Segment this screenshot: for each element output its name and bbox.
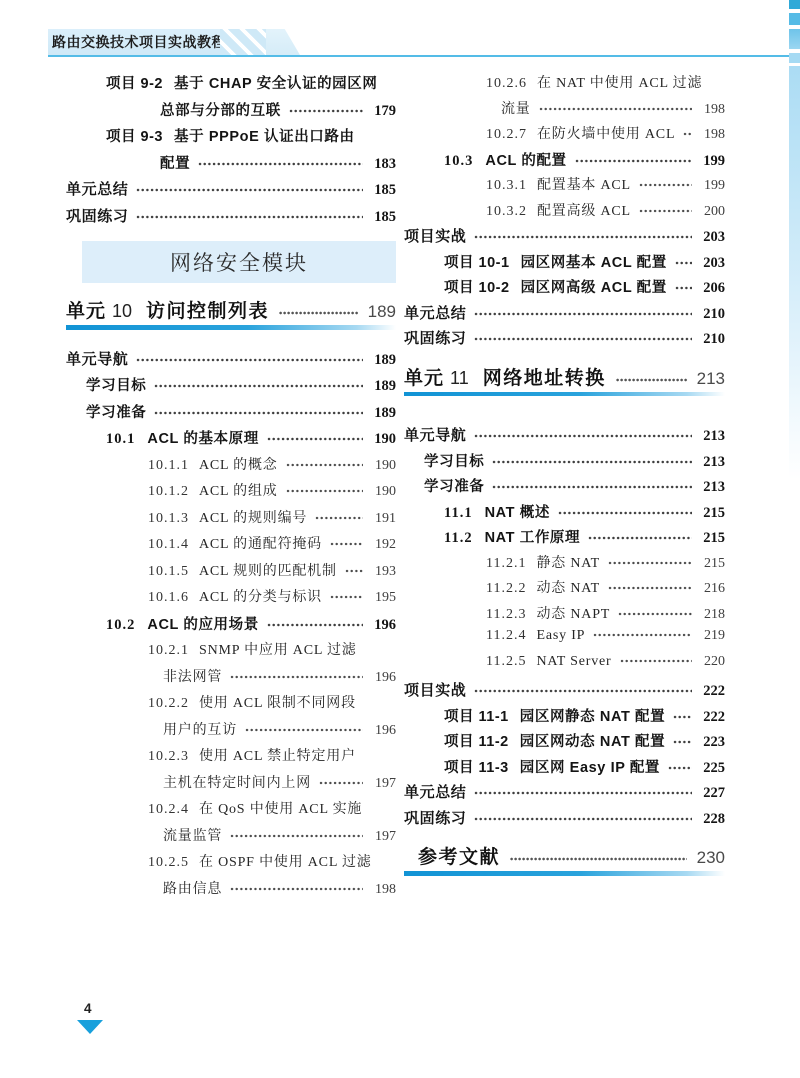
dot-leader — [245, 724, 363, 734]
toc-entry: 10.2.2使用 ACL 限制不同网段 — [66, 692, 396, 719]
toc-entry: 巩固练习228 — [404, 807, 725, 833]
dot-leader — [675, 257, 692, 267]
page-number: 210 — [697, 306, 725, 323]
dot-leader — [330, 538, 363, 548]
page-number: 197 — [368, 829, 396, 845]
unit-title: 参考文献 — [418, 842, 500, 869]
entry-label: 11.1 — [444, 505, 473, 522]
module-band-title: 网络安全模块 — [170, 247, 308, 277]
page-number: 198 — [697, 127, 725, 143]
entry-text: 配置 — [160, 152, 190, 173]
page-number: 215 — [697, 505, 725, 522]
entry-label: 10.1.2 — [148, 484, 189, 500]
toc-entry: 10.2.4在 QoS 中使用 ACL 实施 — [66, 798, 396, 825]
page-edge-strip-fade — [789, 66, 800, 480]
toc-entry: 项目 9-3基于 PPPoE 认证出口路由 — [66, 125, 396, 152]
toc-entry: 11.2.5NAT Server220 — [404, 654, 725, 680]
page-number: 230 — [693, 848, 725, 868]
dot-leader — [230, 830, 363, 840]
toc-entry: 11.2.1静态 NAT215 — [404, 552, 725, 578]
entry-text: 巩固练习 — [66, 205, 128, 226]
toc-entry: 10.1.6ACL 的分类与标识195 — [66, 586, 396, 613]
dot-leader — [230, 883, 363, 893]
entry-text: NAT 工作原理 — [485, 526, 581, 547]
entry-text: ACL 的通配符掩码 — [199, 533, 322, 553]
entry-text: 单元总结 — [404, 302, 466, 323]
dot-leader — [286, 459, 363, 469]
dot-leader — [474, 430, 692, 440]
entry-label: 10.2.4 — [148, 802, 189, 818]
entry-text: ACL 的分类与标识 — [199, 586, 322, 606]
page-number: 189 — [368, 352, 396, 369]
page-number: 213 — [693, 369, 725, 389]
unit-number-label: 单元 — [66, 296, 106, 323]
dot-leader — [286, 485, 363, 495]
entry-text: ACL 的组成 — [199, 480, 278, 500]
entry-text: 学习准备 — [86, 401, 146, 422]
toc-entry: 11.1NAT 概述215 — [404, 501, 725, 527]
entry-text: 流量 — [501, 98, 531, 118]
toc-entry: 11.2NAT 工作原理215 — [404, 526, 725, 552]
entry-text: 在 NAT 中使用 ACL 过滤 — [537, 72, 702, 92]
page-number: 219 — [697, 628, 725, 644]
entry-label: 项目 9-3 — [106, 125, 163, 146]
dot-leader — [618, 608, 692, 618]
toc-entry: 10.1.5ACL 规则的匹配机制193 — [66, 560, 396, 587]
page-number: 191 — [368, 511, 396, 527]
page-number: 189 — [368, 405, 396, 422]
entry-label: 10.2 — [106, 617, 135, 634]
unit-heading-line: 单元10访问控制列表189 — [66, 296, 396, 321]
toc-entry: 学习目标213 — [404, 450, 725, 476]
toc-entry: 总部与分部的互联179 — [66, 99, 396, 126]
toc-entry: 路由信息198 — [66, 878, 396, 905]
entry-text: 园区网高级 ACL 配置 — [521, 276, 667, 297]
dot-leader — [474, 333, 692, 343]
book-title: 路由交换技术项目实战教程 — [48, 32, 226, 52]
entry-text: 园区网动态 NAT 配置 — [520, 730, 665, 751]
toc-entry: 单元总结227 — [404, 781, 725, 807]
header-band: 路由交换技术项目实战教程 — [48, 29, 220, 55]
unit-heading-line: 参考文献230 — [404, 842, 725, 867]
page-number: 199 — [697, 178, 725, 194]
toc-entry: 巩固练习210 — [404, 327, 725, 353]
entry-text: ACL 的规则编号 — [199, 507, 307, 527]
entry-label: 10.2.7 — [486, 127, 527, 143]
page-number: 185 — [368, 182, 396, 199]
entry-text: 总部与分部的互联 — [160, 99, 281, 120]
page-number: 218 — [697, 607, 725, 623]
dot-leader — [539, 103, 692, 113]
dot-leader — [474, 787, 692, 797]
page-number: 200 — [697, 204, 725, 220]
dot-leader — [267, 433, 363, 443]
entry-text: 路由信息 — [163, 878, 222, 898]
unit-number-digits: 11 — [450, 368, 469, 389]
header-diagonal-stripes — [220, 29, 266, 55]
page-number: 199 — [697, 153, 725, 170]
toc-entry: 10.2.3使用 ACL 禁止特定用户 — [66, 745, 396, 772]
entry-label: 项目 11-1 — [444, 705, 509, 726]
dot-leader — [474, 231, 692, 241]
dot-leader — [474, 685, 692, 695]
entry-text: 动态 NAT — [536, 577, 600, 597]
page-number: 227 — [697, 785, 725, 802]
dot-leader — [620, 655, 693, 665]
dot-leader — [558, 507, 692, 517]
entry-text: 巩固练习 — [404, 807, 466, 828]
toc-entry: 学习准备189 — [66, 401, 396, 428]
unit-heading: 单元11网络地址转换213 — [404, 363, 725, 397]
page-number: 203 — [697, 255, 725, 272]
dot-leader — [154, 380, 363, 390]
dot-leader — [289, 105, 363, 115]
entry-label: 11.2.3 — [486, 607, 526, 623]
entry-label: 10.1.5 — [148, 564, 189, 580]
dot-leader — [673, 711, 692, 721]
entry-text: NAT Server — [536, 654, 611, 670]
entry-label: 项目 11-3 — [444, 756, 509, 777]
toc-entry: 项目 11-1园区网静态 NAT 配置222 — [404, 705, 725, 731]
entry-text: 用户的互访 — [163, 719, 237, 739]
footer-triangle-icon — [77, 1020, 103, 1034]
unit-heading-line: 单元11网络地址转换213 — [404, 363, 725, 388]
toc-entry: 项目 11-3园区网 Easy IP 配置225 — [404, 756, 725, 782]
dot-leader — [683, 128, 692, 138]
entry-label: 10.2.2 — [148, 696, 189, 712]
dot-leader — [154, 407, 363, 417]
entry-text: Easy IP — [536, 628, 585, 644]
toc-entry: 项目实战222 — [404, 679, 725, 705]
dot-leader — [639, 179, 692, 189]
page-number: 203 — [697, 229, 725, 246]
page-number: 222 — [697, 709, 725, 726]
toc-entry: 学习准备213 — [404, 475, 725, 501]
toc-entry: 10.2.6在 NAT 中使用 ACL 过滤 — [404, 72, 725, 98]
entry-label: 10.3 — [444, 153, 473, 170]
module-band: 网络安全模块 — [82, 241, 396, 283]
page-number: 228 — [697, 811, 725, 828]
dot-leader — [639, 205, 692, 215]
unit-heading: 单元10访问控制列表189 — [66, 296, 396, 330]
entry-text: 单元导航 — [404, 424, 466, 445]
entry-label: 10.1 — [106, 431, 135, 448]
entry-label: 11.2.5 — [486, 654, 526, 670]
entry-label: 10.2.5 — [148, 855, 189, 871]
entry-text: ACL 的配置 — [485, 149, 566, 170]
references-heading: 参考文献230 — [404, 842, 725, 876]
toc-entry: 用户的互访196 — [66, 719, 396, 746]
toc-entry: 非法网管196 — [66, 666, 396, 693]
dot-leader — [267, 619, 363, 629]
entry-text: ACL 规则的匹配机制 — [199, 560, 337, 580]
toc-entry: 10.2ACL 的应用场景196 — [66, 613, 396, 640]
entry-label: 10.1.4 — [148, 537, 189, 553]
toc-entry: 巩固练习185 — [66, 205, 396, 232]
unit-number-label: 单元 — [404, 363, 444, 390]
page-number: 190 — [368, 484, 396, 500]
entry-text: 学习目标 — [86, 374, 146, 395]
toc-entry: 项目 10-1园区网基本 ACL 配置203 — [404, 251, 725, 277]
unit-title: 访问控制列表 — [146, 296, 269, 323]
entry-text: 园区网基本 ACL 配置 — [521, 251, 667, 272]
entry-text: 基于 PPPoE 认证出口路由 — [174, 125, 355, 146]
entry-text: 非法网管 — [163, 666, 222, 686]
entry-label: 项目 10-2 — [444, 276, 510, 297]
entry-text: ACL 的概念 — [199, 454, 278, 474]
page-number: 183 — [368, 156, 396, 173]
toc-entry: 11.2.2动态 NAT216 — [404, 577, 725, 603]
toc-entry: 10.1.2ACL 的组成190 — [66, 480, 396, 507]
entry-label: 项目 11-2 — [444, 730, 509, 751]
footer-page-number: 4 — [84, 1001, 92, 1016]
entry-text: ACL 的基本原理 — [147, 427, 258, 448]
toc-entry: 单元导航213 — [404, 424, 725, 450]
page-edge-strip-segment — [789, 0, 800, 9]
entry-text: 使用 ACL 禁止特定用户 — [199, 745, 356, 765]
page-number: 210 — [697, 331, 725, 348]
toc-entry: 项目实战203 — [404, 225, 725, 251]
header-rule — [48, 55, 790, 57]
page-edge-strip-segment — [789, 53, 800, 63]
dot-leader — [136, 184, 363, 194]
toc-entry: 10.3ACL 的配置199 — [404, 149, 725, 175]
page-number: 213 — [697, 428, 725, 445]
entry-text: 流量监管 — [163, 825, 222, 845]
page-number: 206 — [697, 280, 725, 297]
toc-right-column: 10.2.6在 NAT 中使用 ACL 过滤流量19810.2.7在防火墙中使用… — [404, 72, 725, 876]
entry-text: 动态 NAPT — [536, 603, 610, 623]
page-edge-strip-segment — [789, 29, 800, 49]
page-number: 185 — [368, 209, 396, 226]
page-number: 222 — [697, 683, 725, 700]
page-number: 198 — [368, 882, 396, 898]
toc-entry: 10.2.1SNMP 中应用 ACL 过滤 — [66, 639, 396, 666]
dot-leader — [588, 532, 692, 542]
page-number: 213 — [697, 454, 725, 471]
dot-leader — [230, 671, 363, 681]
toc-entry: 10.1.3ACL 的规则编号191 — [66, 507, 396, 534]
dot-leader — [673, 736, 692, 746]
dot-leader — [608, 582, 692, 592]
toc-entry: 10.3.1配置基本 ACL199 — [404, 174, 725, 200]
dot-leader — [675, 282, 692, 292]
dot-leader — [345, 565, 363, 575]
toc-entry: 10.1.4ACL 的通配符掩码192 — [66, 533, 396, 560]
unit-title: 网络地址转换 — [483, 363, 606, 390]
entry-text: 园区网 Easy IP 配置 — [520, 756, 660, 777]
page-number: 192 — [368, 537, 396, 553]
entry-text: 主机在特定时间内上网 — [163, 772, 311, 792]
dot-leader — [593, 629, 692, 639]
dot-leader — [315, 512, 363, 522]
entry-text: 在防火墙中使用 ACL — [537, 123, 675, 143]
entry-text: ACL 的应用场景 — [147, 613, 258, 634]
toc-entry: 10.2.7在防火墙中使用 ACL198 — [404, 123, 725, 149]
toc-entry: 流量198 — [404, 98, 725, 124]
entry-text: 项目实战 — [404, 225, 466, 246]
entry-text: 配置基本 ACL — [537, 174, 631, 194]
page-number: 213 — [697, 479, 725, 496]
toc-entry: 学习目标189 — [66, 374, 396, 401]
page-number: 196 — [368, 670, 396, 686]
toc-entry: 项目 9-2基于 CHAP 安全认证的园区网 — [66, 72, 396, 99]
page-number: 189 — [368, 378, 396, 395]
entry-label: 10.2.3 — [148, 749, 189, 765]
dot-leader — [575, 155, 692, 165]
toc-entry: 流量监管197 — [66, 825, 396, 852]
entry-text: 园区网静态 NAT 配置 — [520, 705, 665, 726]
entry-text: 在 OSPF 中使用 ACL 过滤 — [199, 851, 372, 871]
entry-label: 10.2.6 — [486, 76, 527, 92]
page-number: 196 — [368, 723, 396, 739]
entry-label: 11.2 — [444, 530, 473, 547]
unit-number-digits: 10 — [112, 301, 132, 322]
toc-entry: 10.2.5在 OSPF 中使用 ACL 过滤 — [66, 851, 396, 878]
entry-label: 项目 9-2 — [106, 72, 163, 93]
page-number: 220 — [697, 654, 725, 670]
toc-entry: 10.1.1ACL 的概念190 — [66, 454, 396, 481]
entry-label: 10.2.1 — [148, 643, 189, 659]
header-stripe-tail — [266, 29, 300, 55]
page-number: 215 — [697, 530, 725, 547]
dot-leader — [474, 813, 692, 823]
entry-label: 10.1.1 — [148, 458, 189, 474]
unit-underline — [404, 871, 725, 876]
entry-text: 静态 NAT — [536, 552, 600, 572]
entry-text: SNMP 中应用 ACL 过滤 — [199, 639, 357, 659]
toc-entry: 10.1ACL 的基本原理190 — [66, 427, 396, 454]
toc-entry: 11.2.3动态 NAPT218 — [404, 603, 725, 629]
page-number: 195 — [368, 590, 396, 606]
entry-text: 项目实战 — [404, 679, 466, 700]
page-edge-strip-segment — [789, 13, 800, 25]
dot-leader — [136, 211, 363, 221]
page-number: 198 — [697, 102, 725, 118]
toc-entry: 项目 10-2园区网高级 ACL 配置206 — [404, 276, 725, 302]
toc-left-column: 项目 9-2基于 CHAP 安全认证的园区网总部与分部的互联179项目 9-3基… — [66, 72, 396, 904]
dot-leader — [492, 481, 692, 491]
dot-leader — [668, 762, 692, 772]
entry-text: 单元总结 — [66, 178, 128, 199]
unit-underline — [66, 325, 396, 330]
entry-label: 11.2.1 — [486, 556, 526, 572]
toc-entry: 配置183 — [66, 152, 396, 179]
page-number: 216 — [697, 581, 725, 597]
dot-leader — [616, 374, 687, 384]
dot-leader — [492, 456, 692, 466]
entry-text: 配置高级 ACL — [537, 200, 631, 220]
entry-text: 使用 ACL 限制不同网段 — [199, 692, 356, 712]
page-number: 223 — [697, 734, 725, 751]
entry-text: 单元导航 — [66, 348, 128, 369]
toc-entry: 单元总结210 — [404, 302, 725, 328]
entry-text: NAT 概述 — [485, 501, 550, 522]
toc-entry: 单元总结185 — [66, 178, 396, 205]
entry-label: 10.1.6 — [148, 590, 189, 606]
dot-leader — [279, 307, 358, 317]
toc-entry: 项目 11-2园区网动态 NAT 配置223 — [404, 730, 725, 756]
toc-entry: 单元导航189 — [66, 348, 396, 375]
entry-label: 10.3.2 — [486, 204, 527, 220]
unit-underline — [404, 392, 725, 397]
page-number: 215 — [697, 556, 725, 572]
entry-label: 11.2.2 — [486, 581, 526, 597]
page-number: 196 — [368, 617, 396, 634]
entry-label: 10.3.1 — [486, 178, 527, 194]
dot-leader — [474, 308, 692, 318]
entry-text: 巩固练习 — [404, 327, 466, 348]
dot-leader — [319, 777, 363, 787]
toc-entry: 11.2.4Easy IP219 — [404, 628, 725, 654]
entry-text: 单元总结 — [404, 781, 466, 802]
page-number: 179 — [368, 103, 396, 120]
dot-leader — [136, 354, 363, 364]
page-number: 190 — [368, 458, 396, 474]
toc-entry: 主机在特定时间内上网197 — [66, 772, 396, 799]
page-number: 225 — [697, 760, 725, 777]
entry-text: 在 QoS 中使用 ACL 实施 — [199, 798, 362, 818]
toc-entry: 10.3.2配置高级 ACL200 — [404, 200, 725, 226]
dot-leader — [198, 158, 363, 168]
page-number: 189 — [364, 302, 396, 322]
entry-text: 学习准备 — [424, 475, 484, 496]
page-number: 190 — [368, 431, 396, 448]
entry-label: 10.1.3 — [148, 511, 189, 527]
dot-leader — [608, 557, 692, 567]
dot-leader — [510, 853, 687, 863]
entry-label: 项目 10-1 — [444, 251, 510, 272]
page-number: 193 — [368, 564, 396, 580]
entry-text: 学习目标 — [424, 450, 484, 471]
entry-label: 11.2.4 — [486, 628, 526, 644]
page-number: 197 — [368, 776, 396, 792]
entry-text: 基于 CHAP 安全认证的园区网 — [174, 72, 377, 93]
dot-leader — [330, 591, 363, 601]
